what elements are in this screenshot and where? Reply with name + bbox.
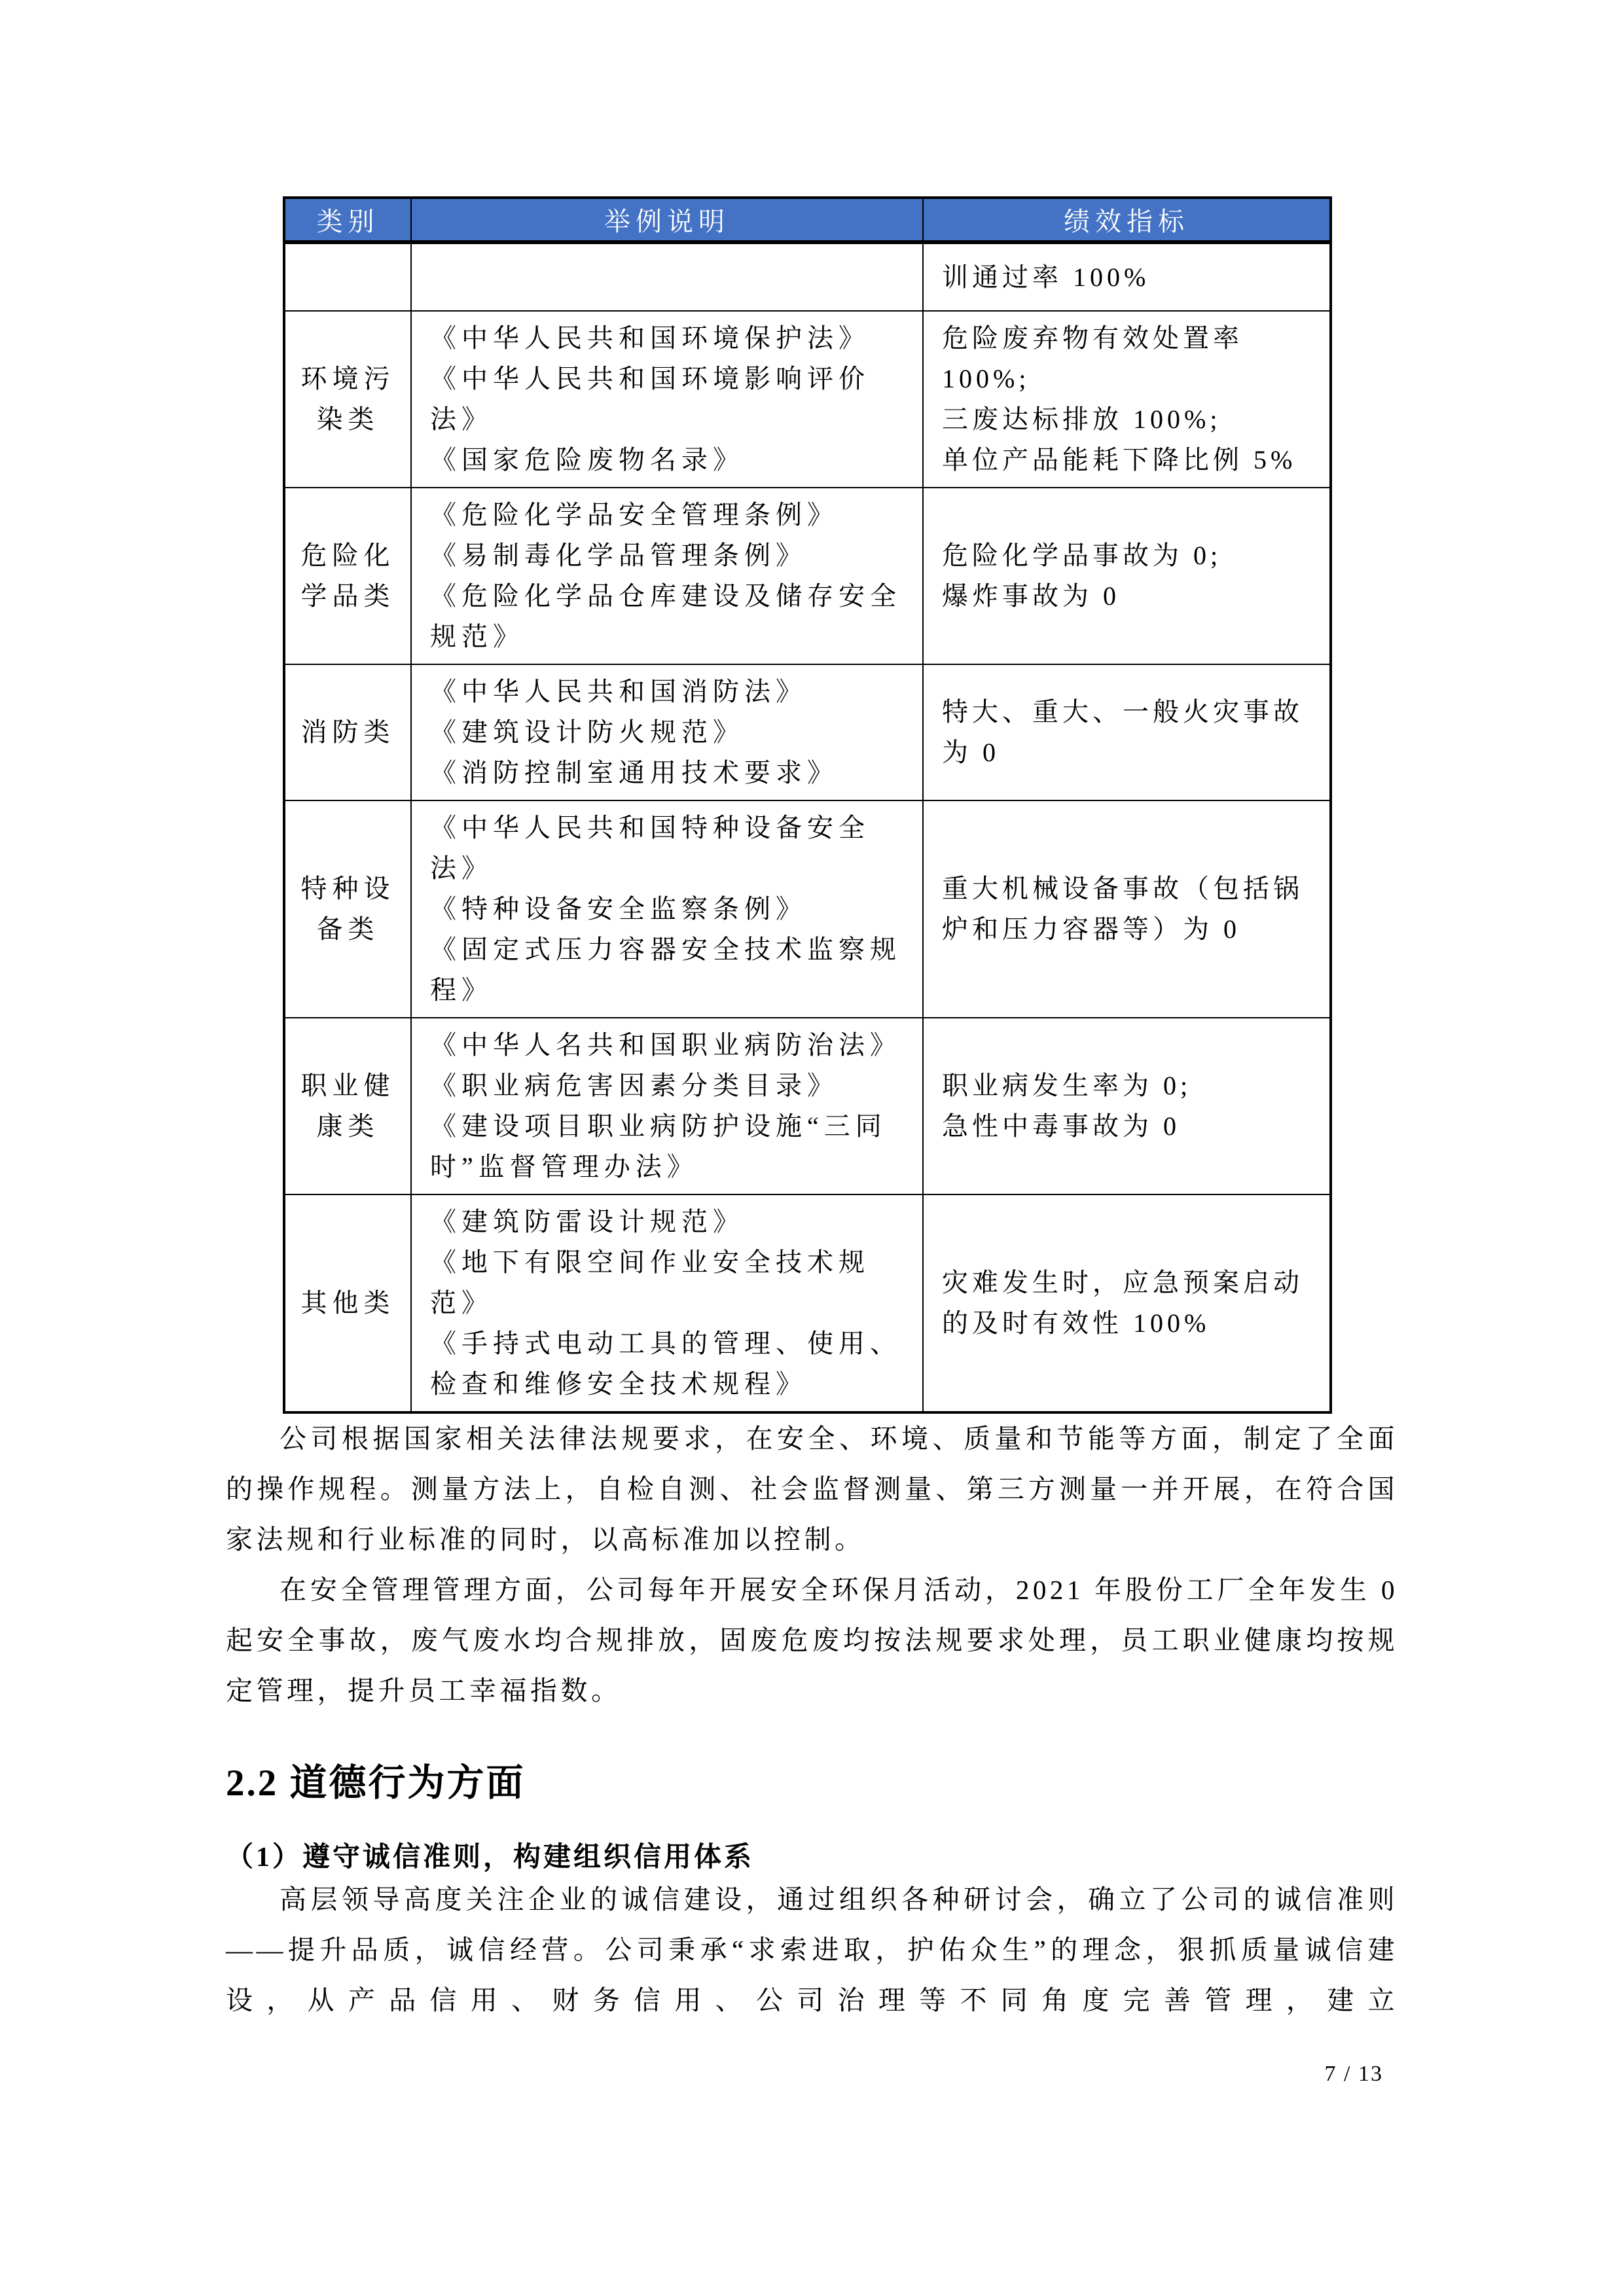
examples-cell: 《中华人名共和国职业病防治法》《职业病危害因素分类目录》《建设项目职业病防护设施… bbox=[411, 1018, 923, 1194]
indicators-cell: 职业病发生率为 0;急性中毒事故为 0 bbox=[923, 1018, 1331, 1194]
law-title: 《建筑防雷设计规范》 bbox=[430, 1202, 904, 1242]
category-cell: 其他类 bbox=[284, 1194, 411, 1412]
category-cell: 特种设备类 bbox=[284, 800, 411, 1018]
indicator-line: 三废达标排放 100%; bbox=[942, 399, 1311, 440]
indicator-line: 特大、重大、一般火灾事故为 0 bbox=[942, 692, 1311, 773]
law-title: 《危险化学品仓库建设及储存安全规范》 bbox=[430, 576, 904, 657]
law-title: 《中华人名共和国职业病防治法》 bbox=[430, 1025, 904, 1066]
examples-cell bbox=[411, 242, 923, 311]
law-title: 《危险化学品安全管理条例》 bbox=[430, 495, 904, 535]
law-title: 《固定式压力容器安全技术监察规程》 bbox=[430, 929, 904, 1011]
category-cell: 消防类 bbox=[284, 664, 411, 800]
document-page: 类别 举例说明 绩效指标 训通过率 100% 环境污染类 《中华人民共和国环境保… bbox=[0, 0, 1624, 2296]
indicator-line: 爆炸事故为 0 bbox=[942, 576, 1311, 617]
table-row-hazardous-chemicals: 危险化学品类 《危险化学品安全管理条例》《易制毒化学品管理条例》《危险化学品仓库… bbox=[284, 488, 1331, 664]
indicator-line: 危险化学品事故为 0; bbox=[942, 535, 1311, 576]
category-cell: 危险化学品类 bbox=[284, 488, 411, 664]
law-title: 《中华人民共和国环境影响评价法》 bbox=[430, 359, 904, 440]
indicator-line: 灾难发生时，应急预案启动的及时有效性 100% bbox=[942, 1263, 1311, 1344]
indicator-line: 单位产品能耗下降比例 5% bbox=[942, 440, 1311, 480]
law-title: 《消防控制室通用技术要求》 bbox=[430, 753, 904, 793]
law-title: 《中华人民共和国特种设备安全法》 bbox=[430, 808, 904, 889]
law-title: 《手持式电动工具的管理、使用、检查和维修安全技术规程》 bbox=[430, 1323, 904, 1405]
category-cell: 环境污染类 bbox=[284, 311, 411, 488]
indicator-line: 职业病发生率为 0; bbox=[942, 1066, 1311, 1106]
paragraph-integrity-building: 高层领导高度关注企业的诚信建设，通过组织各种研讨会，确立了公司的诚信准则——提升… bbox=[226, 1874, 1398, 2026]
law-title: 《中华人民共和国环境保护法》 bbox=[430, 318, 904, 359]
law-title: 《建设项目职业病防护设施“三同时”监督管理办法》 bbox=[430, 1106, 904, 1187]
law-title: 《易制毒化学品管理条例》 bbox=[430, 535, 904, 576]
table-row-continuation: 训通过率 100% bbox=[284, 242, 1331, 311]
header-examples: 举例说明 bbox=[411, 198, 923, 242]
header-category: 类别 bbox=[284, 198, 411, 242]
indicators-cell: 危险化学品事故为 0;爆炸事故为 0 bbox=[923, 488, 1331, 664]
indicators-cell: 特大、重大、一般火灾事故为 0 bbox=[923, 664, 1331, 800]
table-row-occupational-health: 职业健康类 《中华人名共和国职业病防治法》《职业病危害因素分类目录》《建设项目职… bbox=[284, 1018, 1331, 1194]
paragraph-safety-management: 在安全管理管理方面，公司每年开展安全环保月活动，2021 年股份工厂全年发生 0… bbox=[226, 1565, 1398, 1716]
table-row-environment: 环境污染类 《中华人民共和国环境保护法》《中华人民共和国环境影响评价法》《国家危… bbox=[284, 311, 1331, 488]
indicator-line: 危险废弃物有效处置率 100%; bbox=[942, 318, 1311, 399]
law-title: 《特种设备安全监察条例》 bbox=[430, 889, 904, 929]
law-title: 《地下有限空间作业安全技术规范》 bbox=[430, 1242, 904, 1323]
indicators-cell: 重大机械设备事故（包括锅炉和压力容器等）为 0 bbox=[923, 800, 1331, 1018]
law-title: 《建筑设计防火规范》 bbox=[430, 712, 904, 753]
indicators-cell: 灾难发生时，应急预案启动的及时有效性 100% bbox=[923, 1194, 1331, 1412]
examples-cell: 《中华人民共和国环境保护法》《中华人民共和国环境影响评价法》《国家危险废物名录》 bbox=[411, 311, 923, 488]
table-header-row: 类别 举例说明 绩效指标 bbox=[284, 198, 1331, 242]
document-body: 类别 举例说明 绩效指标 训通过率 100% 环境污染类 《中华人民共和国环境保… bbox=[226, 196, 1398, 2026]
section-heading-ethics: 2.2 道德行为方面 bbox=[226, 1753, 1398, 1806]
examples-cell: 《危险化学品安全管理条例》《易制毒化学品管理条例》《危险化学品仓库建设及储存安全… bbox=[411, 488, 923, 664]
table-row-others: 其他类 《建筑防雷设计规范》《地下有限空间作业安全技术规范》《手持式电动工具的管… bbox=[284, 1194, 1331, 1412]
indicator-line: 训通过率 100% bbox=[942, 257, 1311, 298]
paragraph-operating-procedures: 公司根据国家相关法律法规要求，在安全、环境、质量和节能等方面，制定了全面的操作规… bbox=[226, 1414, 1398, 1565]
table-row-fire-safety: 消防类 《中华人民共和国消防法》《建筑设计防火规范》《消防控制室通用技术要求》 … bbox=[284, 664, 1331, 800]
header-indicators: 绩效指标 bbox=[923, 198, 1331, 242]
examples-cell: 《中华人民共和国特种设备安全法》《特种设备安全监察条例》《固定式压力容器安全技术… bbox=[411, 800, 923, 1018]
law-title: 《职业病危害因素分类目录》 bbox=[430, 1066, 904, 1106]
indicator-line: 重大机械设备事故（包括锅炉和压力容器等）为 0 bbox=[942, 869, 1311, 950]
regulations-table: 类别 举例说明 绩效指标 训通过率 100% 环境污染类 《中华人民共和国环境保… bbox=[283, 196, 1332, 1414]
examples-cell: 《建筑防雷设计规范》《地下有限空间作业安全技术规范》《手持式电动工具的管理、使用… bbox=[411, 1194, 923, 1412]
examples-cell: 《中华人民共和国消防法》《建筑设计防火规范》《消防控制室通用技术要求》 bbox=[411, 664, 923, 800]
indicators-cell: 危险废弃物有效处置率 100%;三废达标排放 100%;单位产品能耗下降比例 5… bbox=[923, 311, 1331, 488]
law-title: 《国家危险废物名录》 bbox=[430, 440, 904, 480]
law-title: 《中华人民共和国消防法》 bbox=[430, 672, 904, 712]
page-number: 7 / 13 bbox=[1325, 2062, 1383, 2087]
indicators-cell: 训通过率 100% bbox=[923, 242, 1331, 311]
subsection-heading-integrity: （1）遵守诚信准则，构建组织信用体系 bbox=[226, 1835, 1398, 1874]
indicator-line: 急性中毒事故为 0 bbox=[942, 1106, 1311, 1147]
category-cell bbox=[284, 242, 411, 311]
category-cell: 职业健康类 bbox=[284, 1018, 411, 1194]
table-row-special-equipment: 特种设备类 《中华人民共和国特种设备安全法》《特种设备安全监察条例》《固定式压力… bbox=[284, 800, 1331, 1018]
